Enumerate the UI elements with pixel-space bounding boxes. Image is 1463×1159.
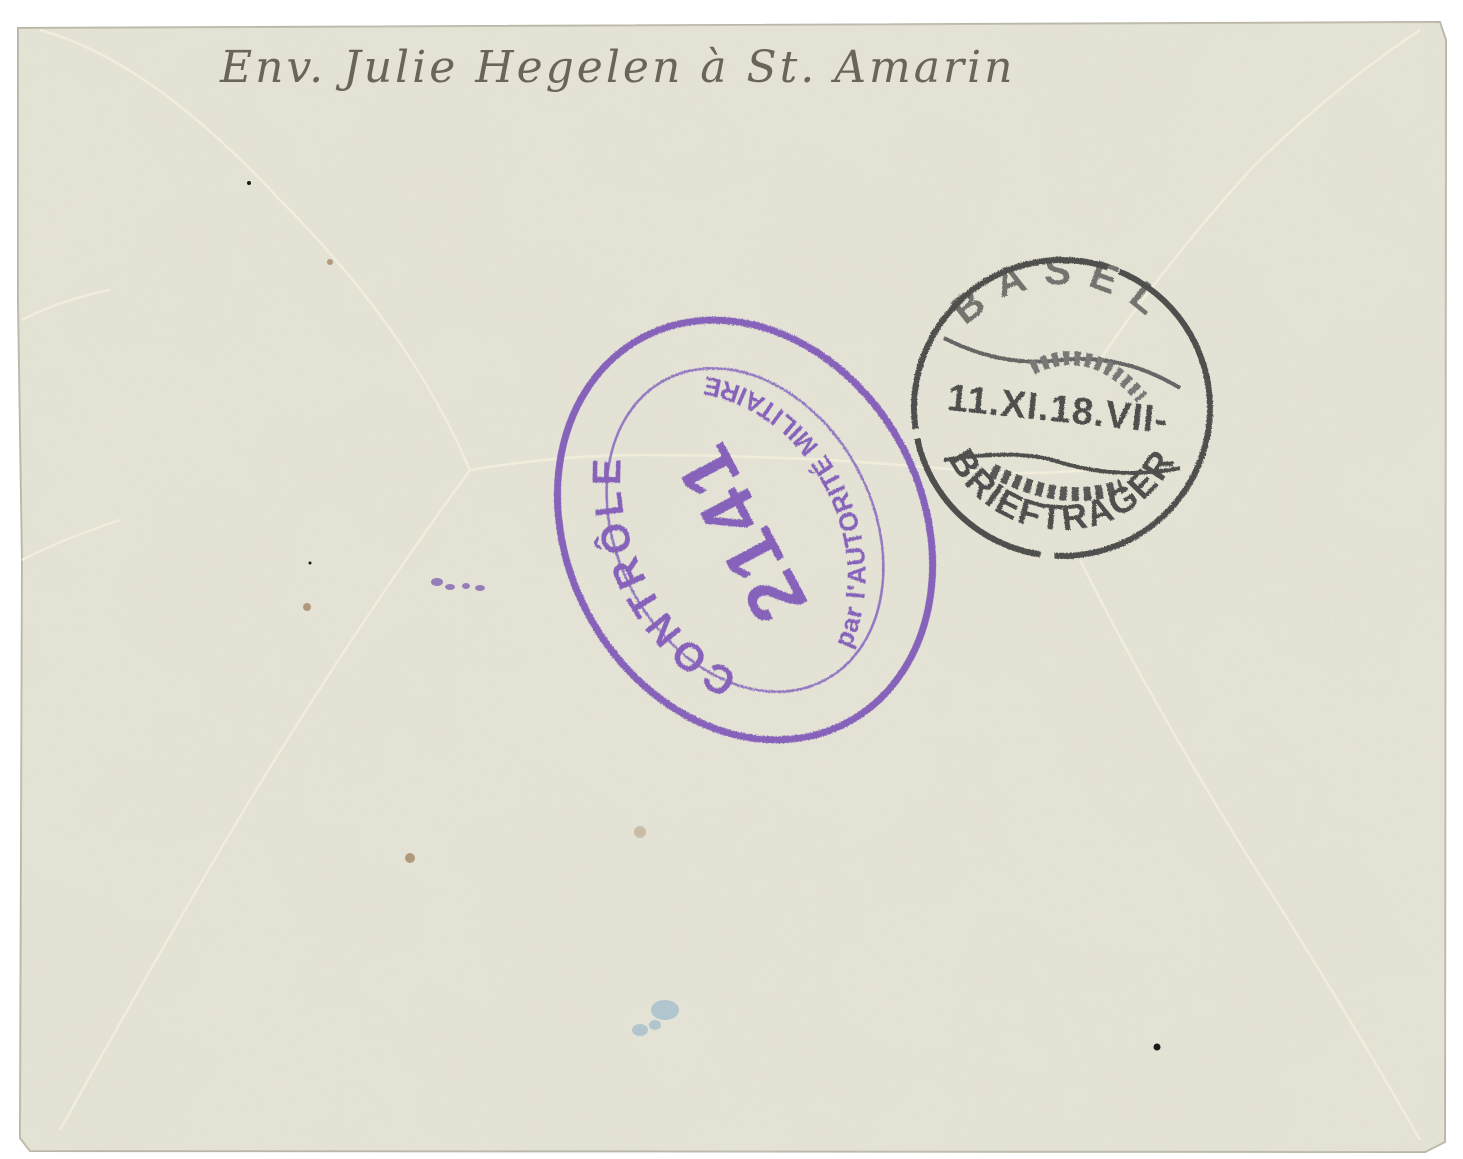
handwritten-text: Env. Julie Hegelen à St. Amarin xyxy=(219,42,1015,93)
envelope-scan: Env. Julie Hegelen à St. Amarin CONTRÔLE… xyxy=(0,0,1463,1159)
handwritten-sender-note: Env. Julie Hegelen à St. Amarin xyxy=(219,42,1015,93)
